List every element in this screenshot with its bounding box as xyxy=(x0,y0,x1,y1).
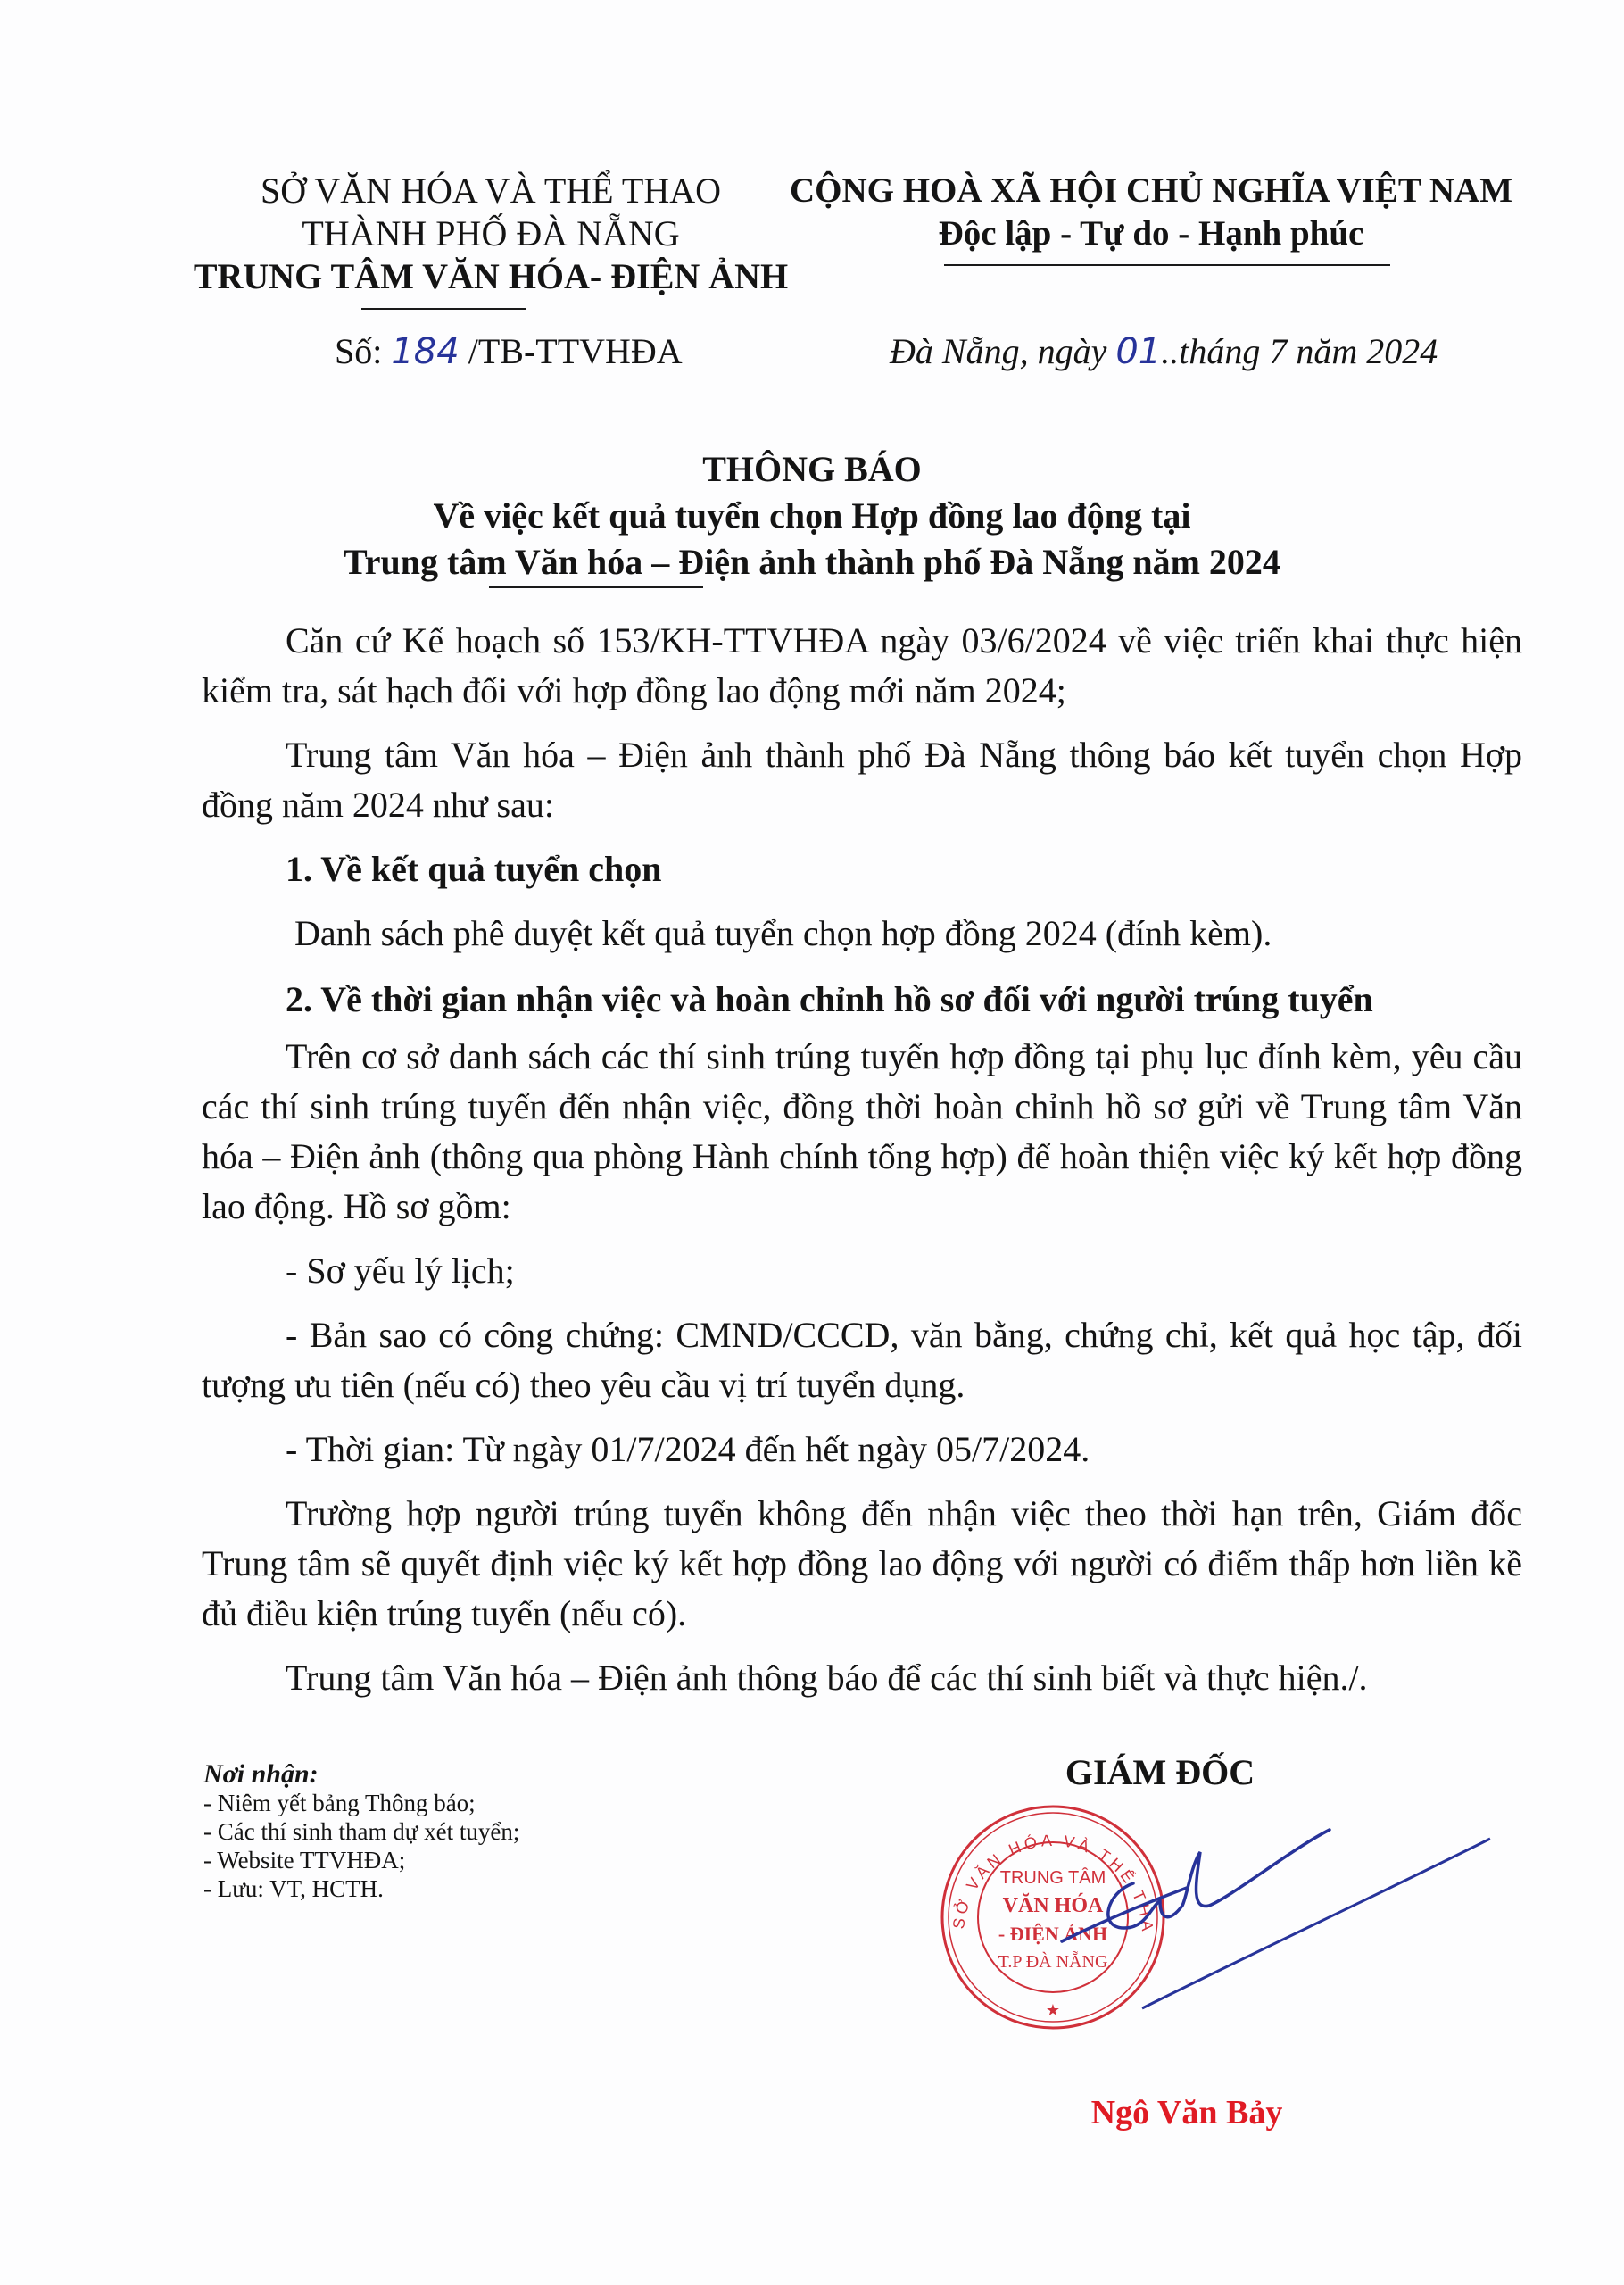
issuing-agency: SỞ VĂN HÓA VÀ THỂ THAO THÀNH PHỐ ĐÀ NẴNG… xyxy=(178,170,803,298)
paragraph-basis: Căn cứ Kế hoạch số 153/KH-TTVHĐA ngày 03… xyxy=(202,616,1522,716)
requirement-item-2: - Bản sao có công chứng: CMND/CCCD, văn … xyxy=(202,1310,1522,1410)
handwritten-day: 01 xyxy=(1115,331,1161,372)
recipients-heading: Nơi nhận: xyxy=(203,1760,519,1789)
handwritten-number: 184 xyxy=(391,331,459,372)
document-title: THÔNG BÁO Về việc kết quả tuyển chọn Hợp… xyxy=(268,446,1356,586)
country-name: CỘNG HOÀ XÃ HỘI CHỦ NGHĨA VIỆT NAM xyxy=(785,170,1517,212)
section-1-heading: 1. Về kết quả tuyển chọn xyxy=(202,844,1522,894)
date-suffix: ..tháng 7 năm 2024 xyxy=(1161,331,1438,371)
requirement-item-3: - Thời gian: Từ ngày 01/7/2024 đến hết n… xyxy=(202,1425,1522,1475)
section-1-text: Danh sách phê duyệt kết quả tuyển chọn h… xyxy=(202,909,1522,959)
recipient-item: - Các thí sinh tham dự xét tuyển; xyxy=(203,1817,519,1846)
document-number: Số: 184 /TB-TTVHĐA xyxy=(335,330,683,372)
agency-line-2: THÀNH PHỐ ĐÀ NẴNG xyxy=(178,212,803,255)
date-prefix: Đà Nẵng, ngày xyxy=(890,331,1115,371)
doc-number-prefix: Số: xyxy=(335,331,391,371)
title-underline xyxy=(489,586,703,588)
signer-name: Ngô Văn Bảy xyxy=(1053,2093,1321,2132)
motto: Độc lập - Tự do - Hạnh phúc xyxy=(785,212,1517,255)
section-2-paragraph: Trên cơ sở danh sách các thí sinh trúng … xyxy=(202,1032,1522,1232)
agency-line-3: TRUNG TÂM VĂN HÓA- ĐIỆN ẢNH xyxy=(178,255,803,298)
paragraph-announce: Trung tâm Văn hóa – Điện ảnh thành phố Đ… xyxy=(202,730,1522,830)
title-sub-1: Về việc kết quả tuyển chọn Hợp đồng lao … xyxy=(268,493,1356,539)
signer-title: GIÁM ĐỐC xyxy=(1026,1751,1294,1793)
title-sub-2: Trung tâm Văn hóa – Điện ảnh thành phố Đ… xyxy=(268,539,1356,586)
section-2-heading: 2. Về thời gian nhận việc và hoàn chỉnh … xyxy=(202,975,1522,1025)
recipient-item: - Niêm yết bảng Thông báo; xyxy=(203,1789,519,1817)
body-text: Căn cứ Kế hoạch số 153/KH-TTVHĐA ngày 03… xyxy=(202,616,1522,1703)
paragraph-fallback: Trường hợp người trúng tuyển không đến n… xyxy=(202,1489,1522,1639)
handwritten-signature-icon xyxy=(1026,1812,1526,2044)
doc-number-suffix: /TB-TTVHĐA xyxy=(460,331,683,371)
title-main: THÔNG BÁO xyxy=(268,446,1356,493)
agency-underline xyxy=(361,308,526,310)
document-date: Đà Nẵng, ngày 01..tháng 7 năm 2024 xyxy=(890,330,1438,372)
requirement-item-1: - Sơ yếu lý lịch; xyxy=(202,1246,1522,1296)
recipient-item: - Lưu: VT, HCTH. xyxy=(203,1874,519,1903)
document-page: SỞ VĂN HÓA VÀ THỂ THAO THÀNH PHỐ ĐÀ NẴNG… xyxy=(0,0,1624,2285)
motto-underline xyxy=(944,264,1390,266)
paragraph-closing: Trung tâm Văn hóa – Điện ảnh thông báo đ… xyxy=(202,1653,1522,1703)
recipients-list: Nơi nhận: - Niêm yết bảng Thông báo; - C… xyxy=(203,1760,519,1903)
recipient-item: - Website TTVHĐA; xyxy=(203,1846,519,1874)
agency-line-1: SỞ VĂN HÓA VÀ THỂ THAO xyxy=(178,170,803,212)
national-motto: CỘNG HOÀ XÃ HỘI CHỦ NGHĨA VIỆT NAM Độc l… xyxy=(785,170,1517,255)
